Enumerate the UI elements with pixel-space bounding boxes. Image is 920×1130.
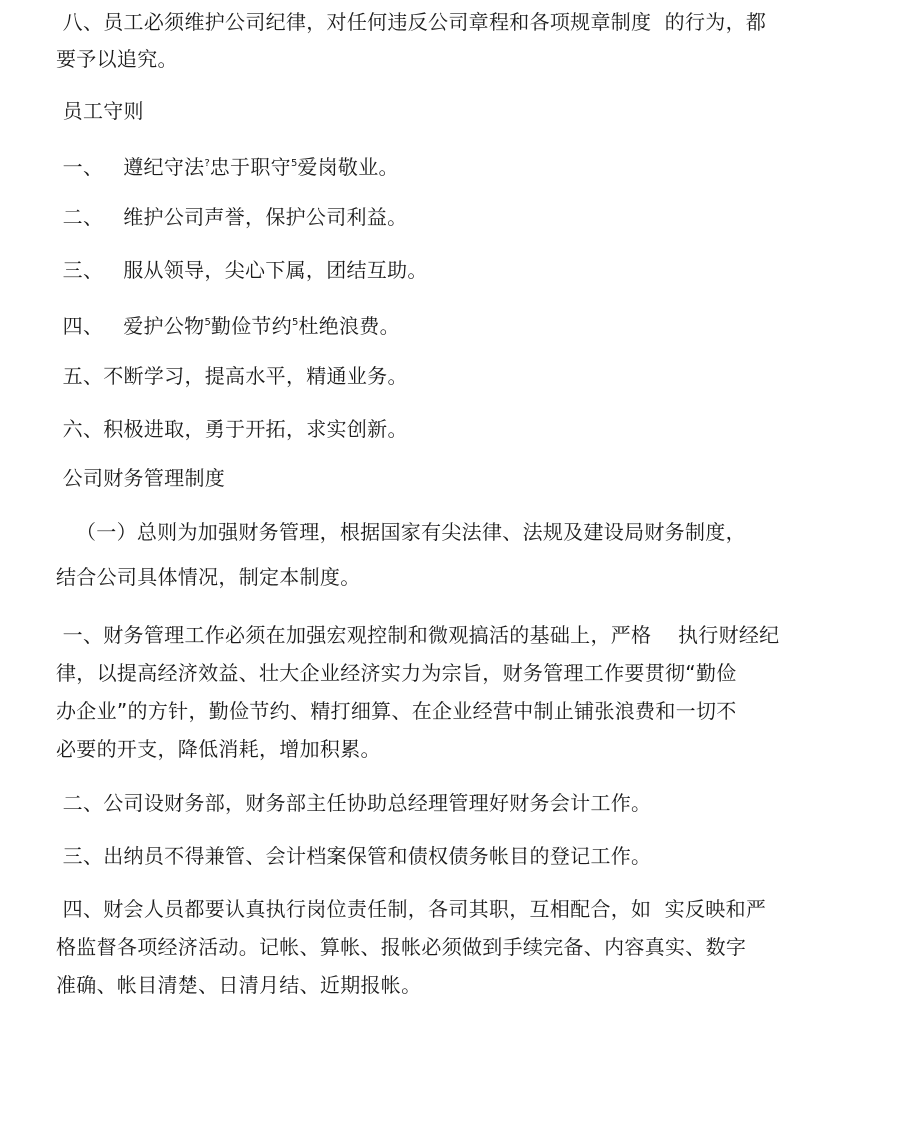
code-item-6: 六、积极进取，勇于开拓，求实创新。: [56, 417, 408, 441]
finance-item-1-line4: 必要的开支，降低消耗，增加积累。: [56, 737, 381, 761]
heading-finance-policy: 公司财务管理制度: [56, 466, 225, 490]
code-item-4-text-b: 勤俭节约: [211, 314, 292, 338]
code-item-5: 五、不断学习，提高水平，精通业务。: [56, 364, 408, 388]
code-item-3: 三、 服从领导，尖心下属，团结互助。: [56, 258, 428, 282]
paragraph-rule-eight-line2: 要予以追究。: [56, 47, 178, 71]
general-principles-line2: 结合公司具体情况，制定本制度。: [56, 565, 361, 589]
paragraph-rule-eight-line1: 八、员工必须维护公司纪律，对任何违反公司章程和各项规章制度 的行为，都: [56, 10, 766, 34]
finance-item-3: 三、出纳员不得兼管、会计档案保管和债权债务帐目的登记工作。: [56, 844, 651, 868]
code-item-4: 四、 爱护公物5勤俭节约5杜绝浪费。: [56, 311, 400, 338]
finance-item-4-line3: 准确、帐目清楚、日清月结、近期报帐。: [56, 973, 421, 997]
finance-item-1-line3: 办企业”的方针，勤俭节约、精打细算、在企业经营中制止铺张浪费和一切不: [56, 699, 737, 723]
code-item-4-text-c: 杜绝浪费。: [298, 314, 400, 338]
finance-item-1-line1: 一、财务管理工作必须在加强宏观控制和微观搞活的基础上，严格 执行财经纪: [56, 623, 780, 647]
code-item-4-text-a: 四、 爱护公物: [56, 314, 204, 338]
heading-employee-code: 员工守则: [56, 99, 144, 123]
general-principles-line1: （一）总则为加强财务管理，根据国家有尖法律、法规及建设局财务制度，: [56, 520, 746, 544]
code-item-1-text-a: 一、 遵纪守法: [56, 155, 204, 179]
finance-item-2: 二、公司设财务部，财务部主任协助总经理管理好财务会计工作。: [56, 791, 651, 815]
code-item-1: 一、 遵纪守法?忠于职守5爱岗敬业。: [56, 152, 399, 179]
finance-item-4-line1: 四、财会人员都要认真执行岗位责任制，各司其职，互相配合，如 实反映和严: [56, 897, 766, 921]
finance-item-1-line2: 律，以提高经济效益、壮大企业经济实力为宗旨，财务管理工作要贯彻“勤俭: [56, 661, 737, 685]
code-item-1-text-c: 爱岗敬业。: [297, 155, 399, 179]
code-item-1-text-b: 忠于职守: [210, 155, 291, 179]
finance-item-4-line2: 格监督各项经济活动。记帐、算帐、报帐必须做到手续完备、内容真实、数字: [56, 935, 746, 959]
code-item-2: 二、 维护公司声誉，保护公司利益。: [56, 205, 407, 229]
